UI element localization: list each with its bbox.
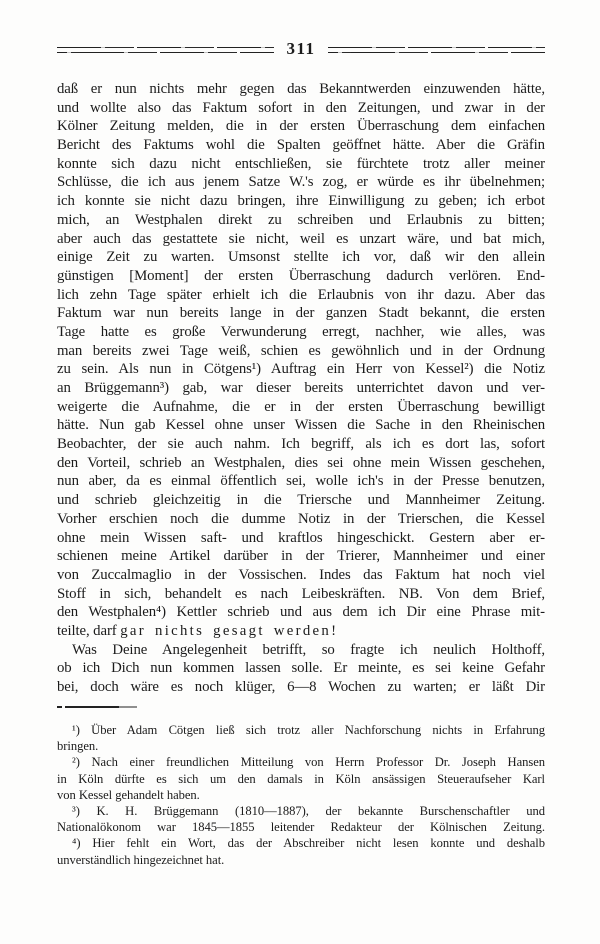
body-text-line: man bereits zwei Tage weiß, schien es ge… <box>57 342 545 361</box>
footnote-line: unverständlich hingezeichnet hat. <box>57 852 545 868</box>
body-text-line: einige Zeit zu warten. Umsonst stellte i… <box>57 248 545 267</box>
body-text-line: ich konnte sie nicht dazu bringen, ihre … <box>57 192 545 211</box>
footnote-line: von Kessel gehandelt haben. <box>57 787 545 803</box>
body-text-line: aber auch das gestattete sie nicht, weil… <box>57 230 545 249</box>
header-rule-right <box>328 47 545 53</box>
body-text-line: Faktum war nun bereits lange in der ganz… <box>57 304 545 323</box>
body-text-line: den Westphalen⁴) Kettler schrieb und aus… <box>57 603 545 622</box>
body-text-line: Vorher erschien noch die dumme Notiz in … <box>57 510 545 529</box>
footnote-line: ³) K. H. Brüggemann (1810—1887), der bek… <box>57 803 545 819</box>
header-rule-left <box>57 47 274 53</box>
body-text-line: teilte, darf gar nichts gesagt werden! <box>57 622 545 641</box>
footnote-line: ⁴) Hier fehlt ein Wort, das der Abschrei… <box>57 835 545 851</box>
body-text-line: schienen meine Artikel darüber in der Tr… <box>57 547 545 566</box>
body-text-line: zu sein. Als nun in Cötgens¹) Auftrag ei… <box>57 360 545 379</box>
book-page: 311 daß er nun nichts mehr gegen das Bek… <box>0 0 600 944</box>
body-text-line: günstigen [Moment] der ersten Überraschu… <box>57 267 545 286</box>
footnote-line: Nationalökonom war 1845—1855 leitender R… <box>57 819 545 835</box>
body-text-line: bei, doch wäre es noch klüger, 6—8 Woche… <box>57 678 545 697</box>
body-text-line: weigerte die Aufnahme, die er in der ers… <box>57 398 545 417</box>
body-text-line: und schrieb gleichzeitig in die Triersch… <box>57 491 545 510</box>
body-text-line: ohne mein Wissen saft- und kraftlos hing… <box>57 529 545 548</box>
footnote-line: bringen. <box>57 738 545 754</box>
body-text-line: Schlüsse, die ich aus jenem Satze W.'s z… <box>57 173 545 192</box>
body-text-line: Tage hatte es große Verwunderung erregt,… <box>57 323 545 342</box>
body-text-line: ob ich Dich nun kommen lassen solle. Er … <box>57 659 545 678</box>
body-text-line: an Brüggemann³) gab, war dieser bereits … <box>57 379 545 398</box>
body-text-line: den Vorteil, schrieb an Westphalen, dies… <box>57 454 545 473</box>
running-head: 311 <box>57 40 545 60</box>
body-text-line: und wollte also das Faktum sofort in den… <box>57 99 545 118</box>
body-text-line: konnte sich dazu nicht entschließen, sie… <box>57 155 545 174</box>
page-number: 311 <box>274 39 327 59</box>
body-text: daß er nun nichts mehr gegen das Bekannt… <box>57 80 545 697</box>
body-text-line: von Zuccalmaglio in der Vossischen. Inde… <box>57 566 545 585</box>
text-segment: teilte, darf <box>57 623 120 639</box>
body-text-line: Stoff in sich, behandelt es nach Leibesk… <box>57 585 545 604</box>
footnotes: ¹) Über Adam Cötgen ließ sich trotz alle… <box>57 722 545 868</box>
body-text-line: lich zehn Tage später erhielt ich die Er… <box>57 286 545 305</box>
body-text-line: mich, an Westphalen direkt zu schreiben … <box>57 211 545 230</box>
body-text-line: Was Deine Angelegenheit betrifft, so fra… <box>57 641 545 660</box>
body-text-line: nun aber, da es einmal öffentlich sei, w… <box>57 472 545 491</box>
footnote-separator <box>57 706 137 708</box>
footnote-line: in Köln dürfte es sich um den damals in … <box>57 771 545 787</box>
body-text-line: daß er nun nichts mehr gegen das Bekannt… <box>57 80 545 99</box>
body-text-line: Bericht des Faktums wohl die Spalten geö… <box>57 136 545 155</box>
footnote-line: ¹) Über Adam Cötgen ließ sich trotz alle… <box>57 722 545 738</box>
body-text-line: Kölner Zeitung melden, die in der ersten… <box>57 117 545 136</box>
letterspaced-emphasis: gar nichts gesagt werden! <box>120 623 338 639</box>
body-text-line: hätte. Nun gab Kessel ohne unser Wissen … <box>57 416 545 435</box>
footnote-line: ²) Nach einer freundlichen Mitteilung vo… <box>57 754 545 770</box>
body-text-line: Beobachter, der sie auch nahm. Ich begri… <box>57 435 545 454</box>
